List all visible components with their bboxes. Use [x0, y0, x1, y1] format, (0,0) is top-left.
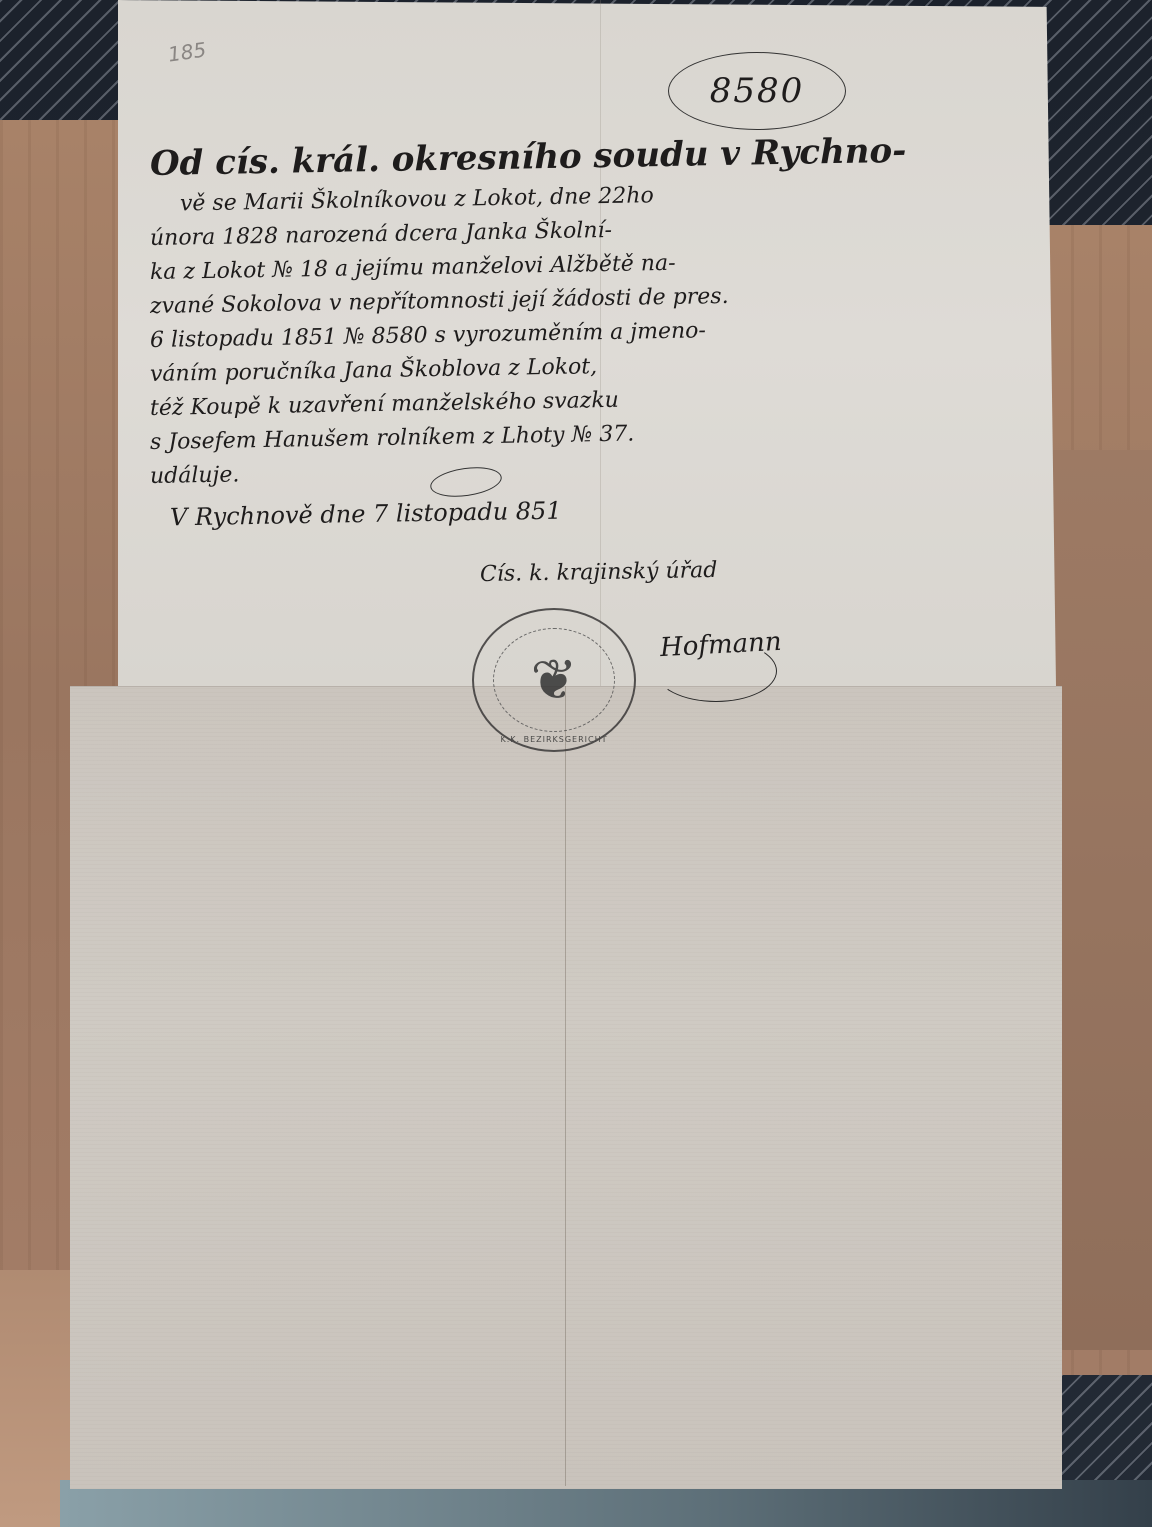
reference-number-oval: 8580 [668, 52, 846, 130]
official-seal-stamp: ❦ K.K. BEZIRKSGERICHT [472, 608, 636, 752]
issuing-office-line: Cís. k. krajinský úřad [480, 558, 718, 587]
vertical-fold-lower [565, 686, 566, 1486]
seal-text: K.K. BEZIRKSGERICHT [474, 735, 634, 744]
eagle-emblem-icon: ❦ [493, 628, 615, 732]
reference-number: 8580 [710, 71, 805, 111]
signature: Hofmann [659, 627, 782, 663]
document-lower-half [70, 686, 1062, 1489]
document-body: Od cís. král. okresního soudu v Rychno- … [150, 140, 1030, 494]
